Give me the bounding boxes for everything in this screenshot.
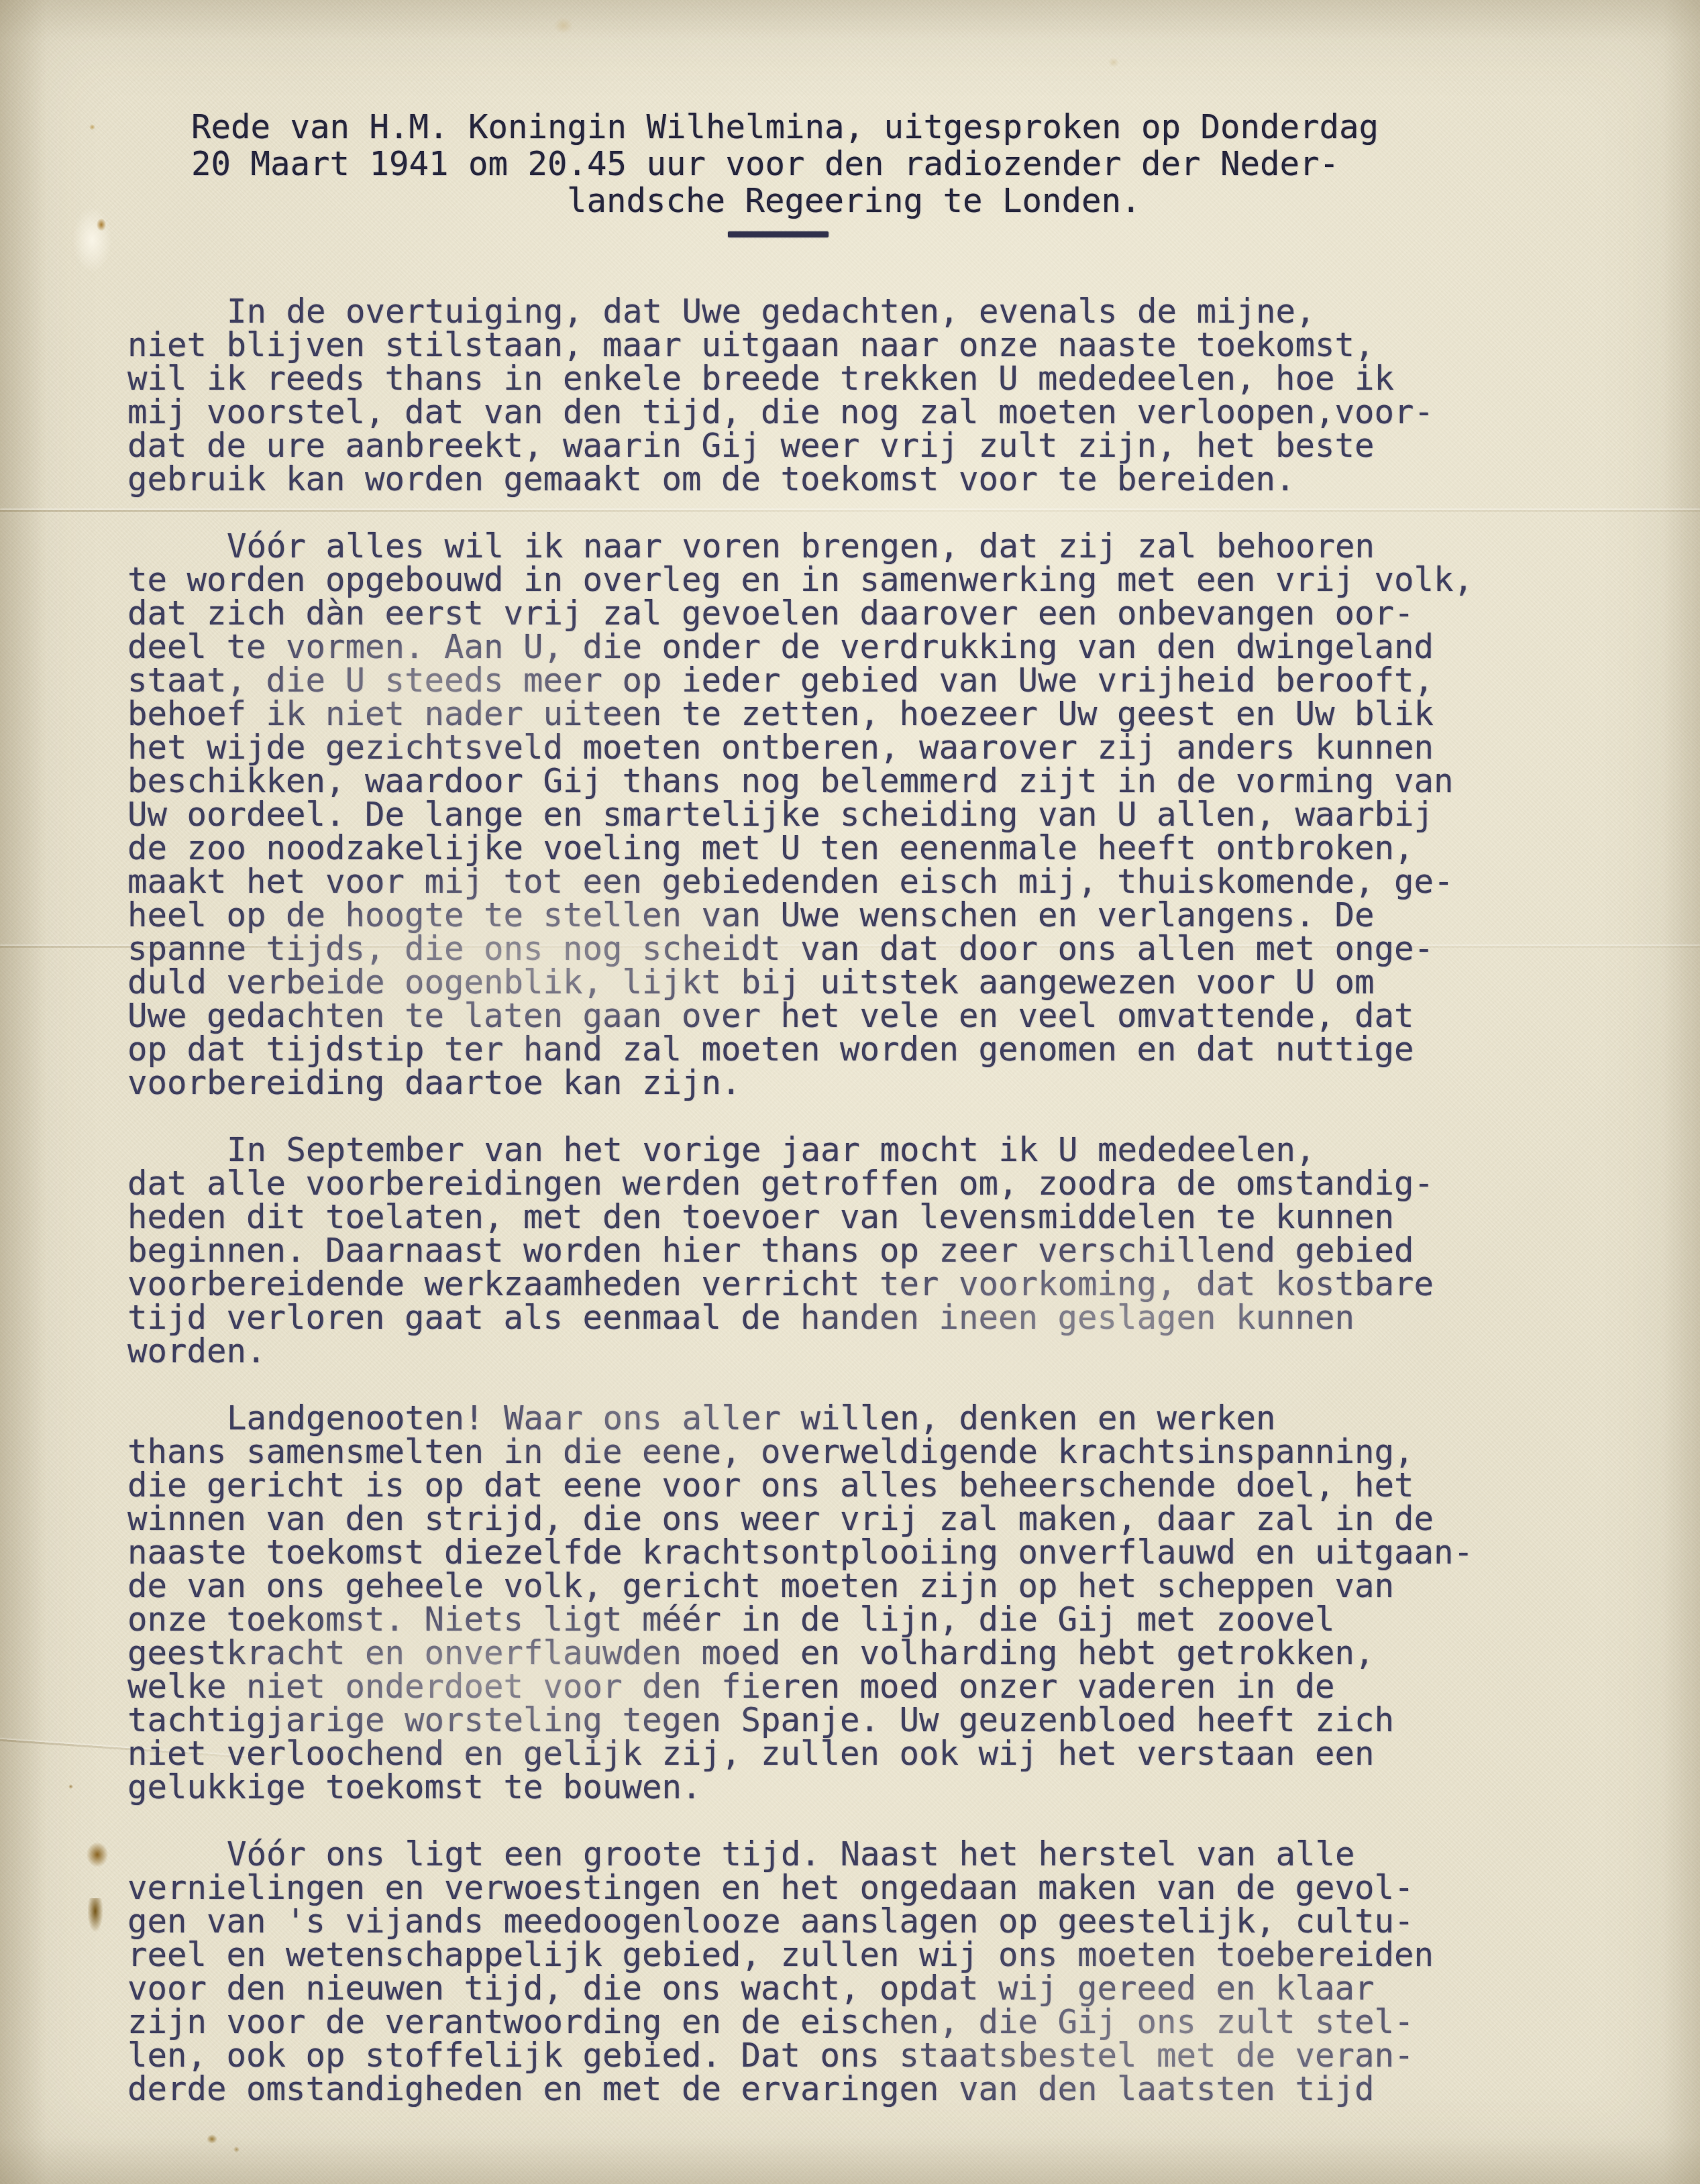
document-body: In de overtuiging, dat Uwe gedachten, ev…: [127, 295, 1637, 2106]
paragraph-1: In de overtuiging, dat Uwe gedachten, ev…: [127, 295, 1637, 496]
title-line: 20 Maart 1941 om 20.45 uur voor den radi…: [191, 146, 1637, 182]
paragraph-2: Vóór alles wil ik naar voren brengen, da…: [127, 530, 1637, 1100]
text-line: naaste toekomst diezelfde krachtsontploo…: [127, 1536, 1637, 1570]
text-line: het wijde gezichtsveld moeten ontberen, …: [127, 731, 1637, 765]
text-line: thans samensmelten in die eene, overweld…: [127, 1435, 1637, 1469]
paragraph-3: In September van het vorige jaar mocht i…: [127, 1134, 1637, 1368]
text-line: gelukkige toekomst te bouwen.: [127, 1771, 1637, 1804]
text-line: Vóór ons ligt een groote tijd. Naast het…: [127, 1838, 1637, 1871]
text-line: niet verloochend en gelijk zij, zullen o…: [127, 1737, 1637, 1771]
text-line: tachtigjarige worsteling tegen Spanje. U…: [127, 1704, 1637, 1737]
text-line: heden dit toelaten, met den toevoer van …: [127, 1201, 1637, 1234]
text-line: vernielingen en verwoestingen en het ong…: [127, 1871, 1637, 1905]
text-line: spanne tijds, die ons nog scheidt van da…: [127, 932, 1637, 966]
paragraph-5: Vóór ons ligt een groote tijd. Naast het…: [127, 1838, 1637, 2106]
text-line: gebruik kan worden gemaakt om de toekoms…: [127, 463, 1637, 496]
text-line: worden.: [127, 1335, 1637, 1368]
title-underline: [728, 231, 829, 237]
text-line: Uw oordeel. De lange en smartelijke sche…: [127, 798, 1637, 832]
paper-damage-patch: [67, 198, 117, 282]
foxing-stain: [95, 217, 107, 233]
text-line: beschikken, waardoor Gij thans nog belem…: [127, 765, 1637, 798]
text-line: maakt het voor mij tot een gebiedenden e…: [127, 865, 1637, 899]
typewritten-text: Rede van H.M. Koningin Wilhelmina, uitge…: [127, 109, 1637, 2140]
text-line: zijn voor de verantwoording en de eische…: [127, 2006, 1637, 2039]
text-line: In de overtuiging, dat Uwe gedachten, ev…: [127, 295, 1637, 329]
text-line: derde omstandigheden en met de ervaringe…: [127, 2073, 1637, 2106]
text-line: te worden opgebouwd in overleg en in sam…: [127, 563, 1637, 597]
text-line: dat zich dàn eerst vrij zal gevoelen daa…: [127, 597, 1637, 631]
foxing-stain: [88, 1898, 103, 1941]
text-line: heel op de hoogte te stellen van Uwe wen…: [127, 899, 1637, 932]
text-line: tijd verloren gaat als eenmaal de handen…: [127, 1301, 1637, 1335]
text-line: op dat tijdstip ter hand zal moeten word…: [127, 1033, 1637, 1067]
text-line: winnen van den strijd, die ons weer vrij…: [127, 1503, 1637, 1536]
text-line: Uwe gedachten te laten gaan over het vel…: [127, 999, 1637, 1033]
text-line: welke niet onderdoet voor den fieren moe…: [127, 1670, 1637, 1704]
text-line: dat alle voorbereidingen werden getroffe…: [127, 1167, 1637, 1201]
document-page: Rede van H.M. Koningin Wilhelmina, uitge…: [0, 0, 1700, 2184]
text-line: niet blijven stilstaan, maar uitgaan naa…: [127, 329, 1637, 362]
text-line: reel en wetenschappelijk gebied, zullen …: [127, 1939, 1637, 1972]
text-line: onze toekomst. Niets ligt méér in de lij…: [127, 1603, 1637, 1637]
text-line: mij voorstel, dat van den tijd, die nog …: [127, 396, 1637, 429]
text-line: staat, die U steeds meer op ieder gebied…: [127, 664, 1637, 698]
text-line: Vóór alles wil ik naar voren brengen, da…: [127, 530, 1637, 563]
text-line: deel te vormen. Aan U, die onder de verd…: [127, 631, 1637, 664]
text-line: de zoo noodzakelijke voeling met U ten e…: [127, 832, 1637, 865]
text-line: voorbereiding daartoe kan zijn.: [127, 1067, 1637, 1100]
text-line: In September van het vorige jaar mocht i…: [127, 1134, 1637, 1167]
title-line: Rede van H.M. Koningin Wilhelmina, uitge…: [191, 109, 1637, 146]
text-line: die gericht is op dat eene voor ons alle…: [127, 1469, 1637, 1503]
text-line: dat de ure aanbreekt, waarin Gij weer vr…: [127, 429, 1637, 463]
text-line: de van ons geheele volk, gericht moeten …: [127, 1570, 1637, 1603]
text-line: behoef ik niet nader uiteen te zetten, h…: [127, 698, 1637, 731]
text-line: len, ook op stoffelijk gebied. Dat ons s…: [127, 2039, 1637, 2073]
paragraph-4: Landgenooten! Waar ons aller willen, den…: [127, 1402, 1637, 1804]
foxing-stain: [89, 124, 95, 130]
foxing-stain: [68, 1784, 73, 1789]
foxing-stain: [554, 17, 573, 34]
text-line: voor den nieuwen tijd, die ons wacht, op…: [127, 1972, 1637, 2006]
foxing-stain: [85, 1840, 110, 1869]
text-line: gen van 's vijands meedoogenlooze aansla…: [127, 1905, 1637, 1939]
text-line: voorbereidende werkzaamheden verricht te…: [127, 1268, 1637, 1301]
text-line: beginnen. Daarnaast worden hier thans op…: [127, 1234, 1637, 1268]
text-line: geestkracht en onverflauwden moed en vol…: [127, 1637, 1637, 1670]
text-line: wil ik reeds thans in enkele breede trek…: [127, 362, 1637, 396]
text-line: duld verbeide oogenblik, lijkt bij uitst…: [127, 966, 1637, 999]
text-line: Landgenooten! Waar ons aller willen, den…: [127, 1402, 1637, 1435]
document-title: Rede van H.M. Koningin Wilhelmina, uitge…: [127, 109, 1637, 219]
foxing-stain: [233, 2146, 240, 2152]
title-line: landsche Regeering te Londen.: [567, 182, 1637, 219]
foxing-stain: [1108, 58, 1119, 67]
